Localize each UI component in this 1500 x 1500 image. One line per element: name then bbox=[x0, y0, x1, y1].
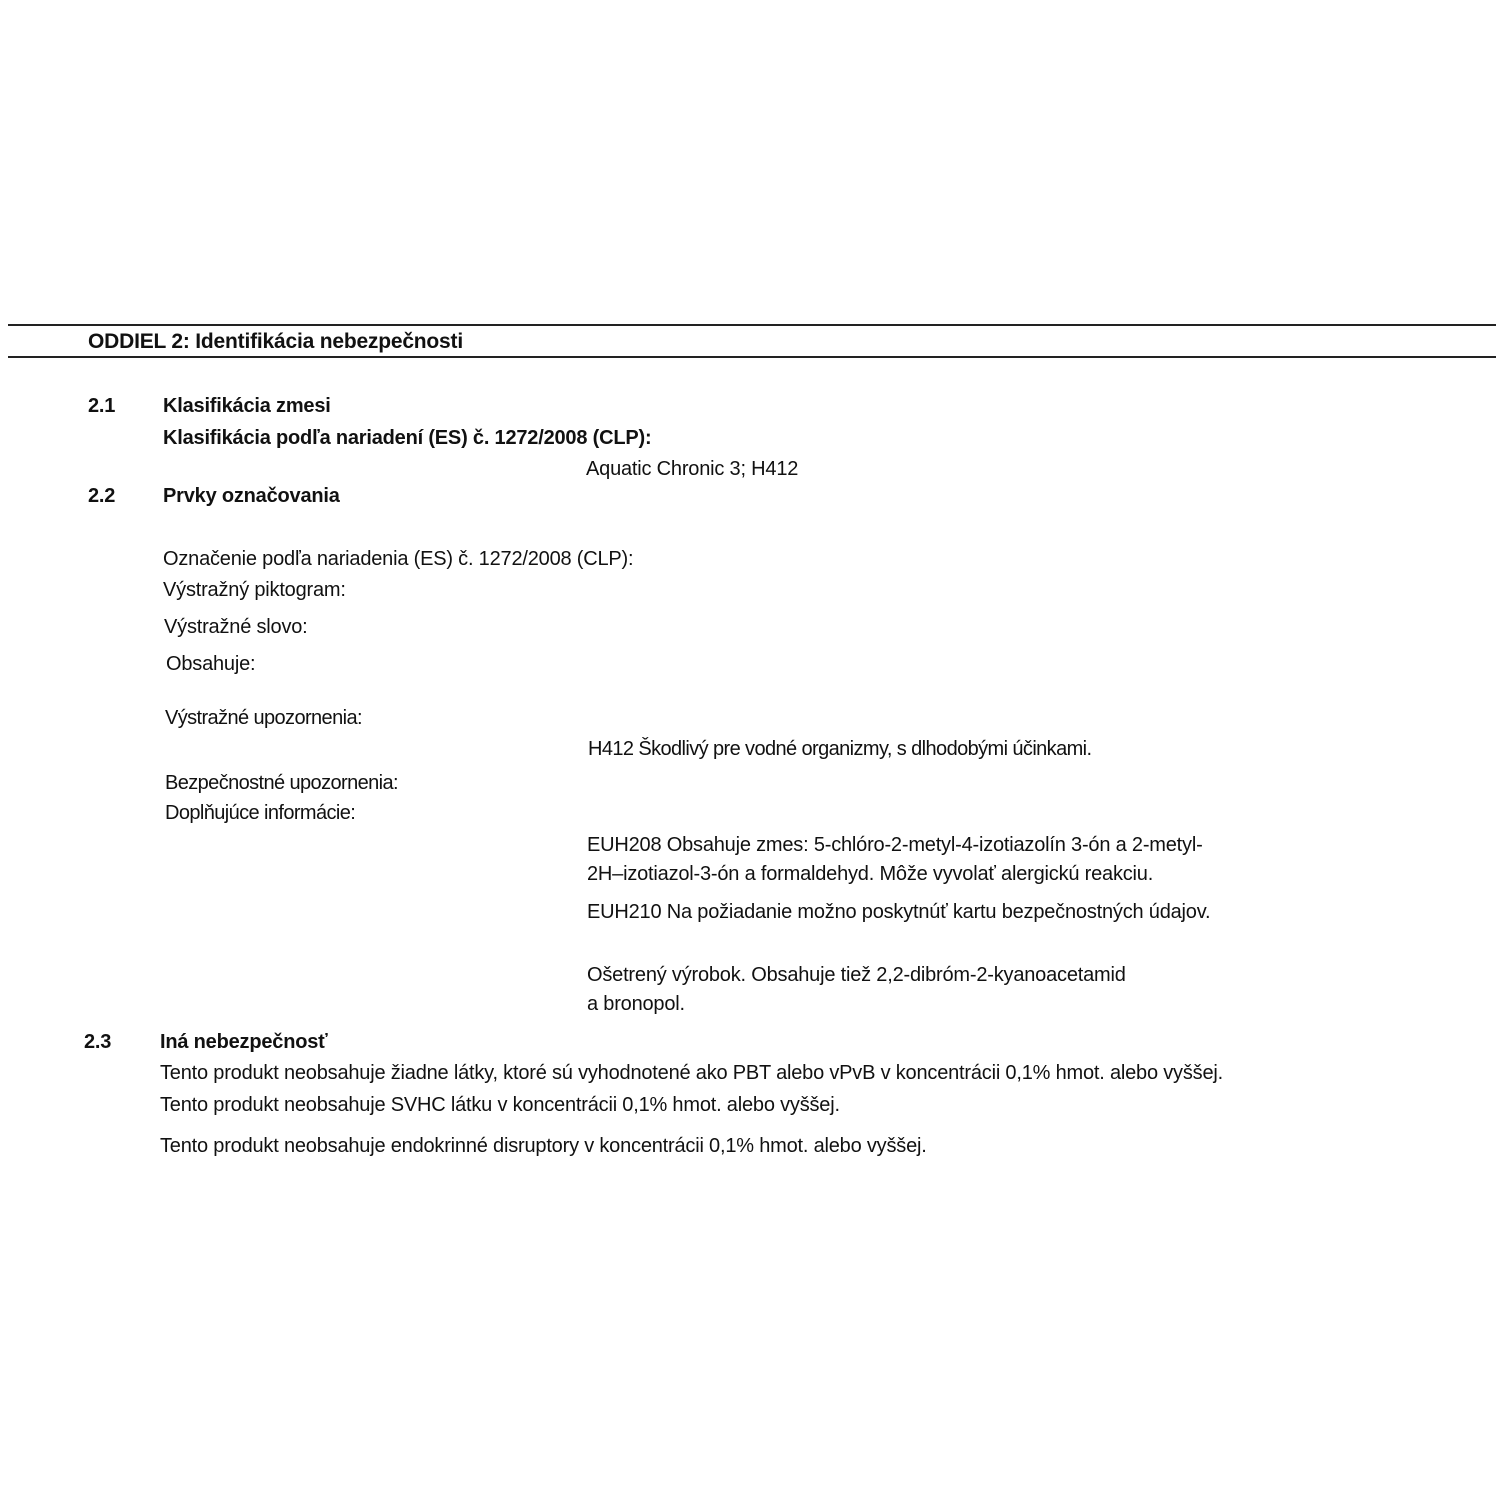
classification-regulation-label: Klasifikácia podľa nariadení (ES) č. 127… bbox=[163, 426, 651, 450]
subsection-number: 2.2 bbox=[88, 484, 115, 508]
top-rule bbox=[8, 324, 1496, 326]
pictogram-label: Výstražný piktogram: bbox=[163, 578, 346, 602]
subsection-heading: Iná nebezpečnosť bbox=[160, 1030, 328, 1054]
supplementary-info-label: Doplňujúce informácie: bbox=[165, 801, 355, 825]
subsection-number: 2.1 bbox=[88, 394, 115, 418]
precautionary-statements-label: Bezpečnostné upozornenia: bbox=[165, 771, 398, 795]
euh210-statement: EUH210 Na požiadanie možno poskytnúť kar… bbox=[587, 900, 1210, 924]
classification-value: Aquatic Chronic 3; H412 bbox=[586, 457, 798, 481]
treated-article-line-2: a bronopol. bbox=[587, 992, 685, 1016]
euh208-line-2: 2H–izotiazol-3-ón a formaldehyd. Môže vy… bbox=[587, 862, 1153, 886]
signal-word-label: Výstražné slovo: bbox=[164, 615, 308, 639]
hazard-statement: H412 Škodlivý pre vodné organizmy, s dlh… bbox=[588, 737, 1091, 761]
other-hazard-line: Tento produkt neobsahuje SVHC látku v ko… bbox=[160, 1093, 840, 1117]
contains-label: Obsahuje: bbox=[166, 652, 255, 676]
hazard-statements-label: Výstražné upozornenia: bbox=[165, 706, 362, 730]
other-hazard-line: Tento produkt neobsahuje žiadne látky, k… bbox=[160, 1061, 1223, 1085]
subsection-heading: Klasifikácia zmesi bbox=[163, 394, 331, 418]
subsection-number: 2.3 bbox=[84, 1030, 111, 1054]
labeling-regulation-label: Označenie podľa nariadenia (ES) č. 1272/… bbox=[163, 547, 633, 571]
euh208-line-1: EUH208 Obsahuje zmes: 5-chlóro-2-metyl-4… bbox=[587, 833, 1203, 857]
other-hazard-line: Tento produkt neobsahuje endokrinné disr… bbox=[160, 1134, 927, 1158]
treated-article-line-1: Ošetrený výrobok. Obsahuje tiež 2,2-dibr… bbox=[587, 963, 1126, 987]
bottom-rule bbox=[8, 356, 1496, 358]
subsection-heading: Prvky označovania bbox=[163, 484, 340, 508]
section-title: ODDIEL 2: Identifikácia nebezpečnosti bbox=[88, 330, 463, 354]
